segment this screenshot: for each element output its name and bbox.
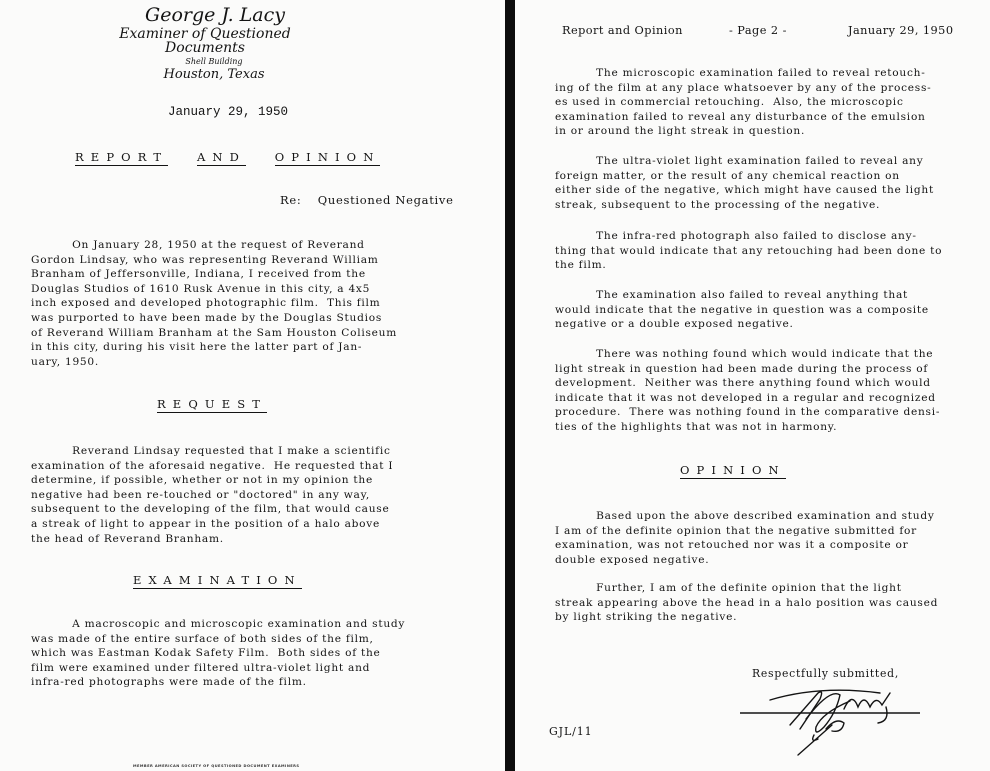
finding-paragraph: The ultra-violet light examination faile…	[555, 154, 934, 212]
request-paragraph: Reverand Lindsay requested that I make a…	[31, 444, 393, 546]
letterhead-building: Shell Building	[98, 58, 330, 66]
report-title-word: OPINION	[275, 150, 381, 166]
letterhead-name: George J. Lacy	[100, 6, 330, 25]
report-page-1: George J. Lacy Examiner of Questioned Do…	[0, 0, 505, 771]
opinion-paragraph: Based upon the above described examinati…	[555, 509, 935, 567]
typist-initials: GJL/11	[549, 725, 593, 738]
letterhead: George J. Lacy Examiner of Questioned Do…	[80, 6, 330, 81]
letterhead-city: Houston, Texas	[98, 68, 330, 81]
signature-icon	[740, 683, 920, 759]
closing-line: Respectfully submitted,	[752, 667, 899, 680]
examination-heading: EXAMINATION	[133, 573, 302, 587]
running-header-title: Report and Opinion	[562, 24, 683, 37]
report-title-word: REPORT	[75, 150, 168, 166]
request-heading: REQUEST	[157, 397, 267, 411]
report-date: January 29, 1950	[168, 105, 288, 119]
examination-paragraph: A macroscopic and microscopic examinatio…	[31, 617, 405, 690]
subject-line: Re: Questioned Negative	[280, 193, 454, 207]
opinion-heading: OPINION	[680, 463, 786, 477]
finding-paragraph: There was nothing found which would indi…	[555, 347, 940, 435]
finding-paragraph: The examination also failed to reveal an…	[555, 288, 929, 332]
subject-label: Re:	[280, 193, 301, 207]
intro-paragraph: On January 28, 1950 at the request of Re…	[31, 238, 397, 369]
subject-text: Questioned Negative	[318, 193, 454, 207]
society-footer: MEMBER AMERICAN SOCIETY OF QUESTIONED DO…	[133, 764, 299, 768]
running-header-date: January 29, 1950	[848, 24, 953, 37]
opinion-paragraph: Further, I am of the definite opinion th…	[555, 581, 938, 625]
report-title-word: AND	[197, 150, 246, 166]
letterhead-title: Examiner of Questioned Documents	[80, 27, 330, 55]
report-title: REPORT AND OPINION	[75, 150, 398, 164]
finding-paragraph: The infra-red photograph also failed to …	[555, 229, 942, 273]
page-number: - Page 2 -	[729, 24, 787, 37]
finding-paragraph: The microscopic examination failed to re…	[555, 66, 931, 139]
